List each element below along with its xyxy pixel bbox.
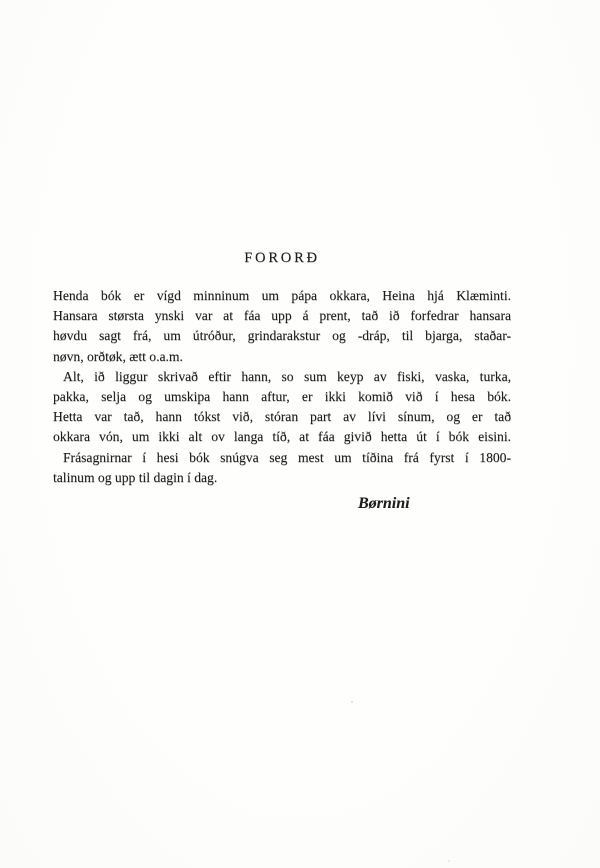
text-line: Frásagnirnar í hesi bók snúgva seg mest …	[53, 448, 511, 468]
scan-speck	[448, 860, 450, 862]
text-line: pakka, selja og umskipa hann aftur, er i…	[53, 387, 511, 407]
body-text: Henda bók er vígd minninum um pápa okkar…	[53, 286, 511, 488]
text-line: talinum og upp til dagin í dag.	[53, 468, 511, 488]
page-title: FORORÐ	[53, 250, 511, 267]
text-line: Alt, ið liggur skrivað eftir hann, so su…	[53, 367, 511, 387]
text-line: okkara vón, um ikki alt ov langa tíð, at…	[53, 427, 511, 447]
text-line: høvdu sagt frá, um útróður, grindarakstu…	[53, 326, 511, 346]
text-line: Hetta var tað, hann tókst við, stóran pa…	[53, 407, 511, 427]
scan-speck	[351, 701, 353, 703]
text-line: nøvn, orðtøk, ætt o.a.m.	[53, 347, 511, 367]
text-line: Henda bók er vígd minninum um pápa okkar…	[53, 286, 511, 306]
text-line: Hansara størsta ynski var at fáa upp á p…	[53, 306, 511, 326]
book-page: FORORÐ Henda bók er vígd minninum um páp…	[0, 0, 600, 868]
signature: Børnini	[358, 494, 410, 514]
